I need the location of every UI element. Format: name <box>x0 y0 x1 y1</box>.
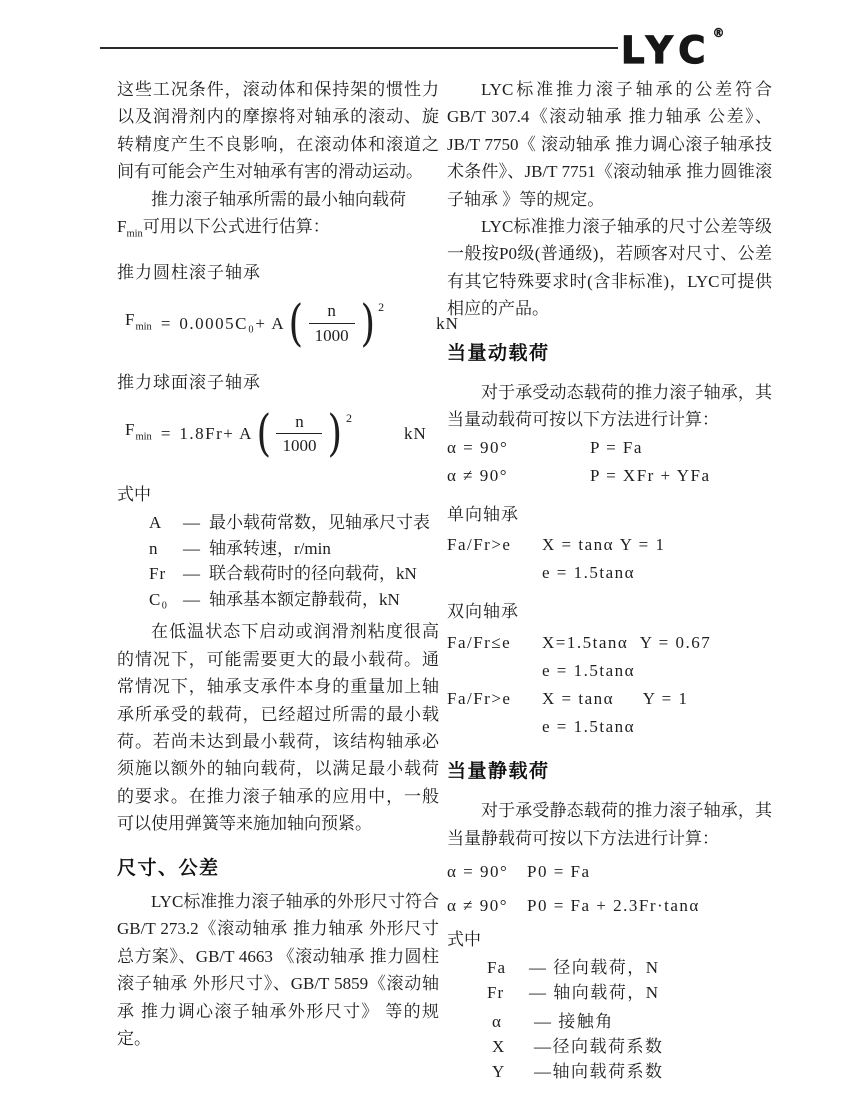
def-text: — 径向载荷，N <box>529 955 772 980</box>
e-value-line: e = 1.5tanα <box>542 713 772 741</box>
factors-line: X=1.5tanα Y = 0.67 <box>542 629 711 657</box>
min-load-intro-line2: Fmin可用以下公式进行估算： <box>117 213 439 248</box>
formula1-body: 0.0005C₀+ A <box>179 310 285 337</box>
where-label: 式中 <box>117 481 439 508</box>
e-value-line: e = 1.5tanα <box>542 657 772 685</box>
header-rule <box>100 47 618 49</box>
def-text: 最小载荷常数，见轴承尺寸表 <box>209 510 439 536</box>
right-column: LYC标准推力滚子轴承的公差符合GB/T 307.4《滚动轴承 推力轴承 公差》… <box>447 76 772 1084</box>
formula-p0-fa-23fr: P0 = Fa + 2.3Fr·tanα <box>527 892 700 920</box>
formula2-equals: = <box>161 420 171 447</box>
factors-line: X = tanα Y = 1 <box>542 531 666 559</box>
symbol-definitions: A — 最小载荷常数，见轴承尺寸表 n — 轴承转速，r/min Fr — 联合… <box>117 510 439 612</box>
def-symbol: α <box>487 1009 534 1034</box>
def-dash: — <box>183 587 209 613</box>
single-direction-row: Fa/Fr>e X = tanα Y = 1 <box>447 531 772 559</box>
factors-line: X = tanα Y = 1 <box>542 685 689 713</box>
symbol-definitions: Fa — 径向载荷，N Fr — 轴向载荷，N α — 接触角 X —径向载荷系… <box>447 955 772 1084</box>
def-text: 轴承转速，r/min <box>209 536 439 562</box>
condition-alpha-not-90: α ≠ 90° <box>447 462 590 490</box>
def-symbol: X <box>487 1034 534 1059</box>
formula-p0-fa: P0 = Fa <box>527 858 591 886</box>
def-row-A: A — 最小载荷常数，见轴承尺寸表 <box>149 510 439 536</box>
document-page: LYC® 这些工况条件，滚动体和保持架的惯性力以及润滑剂内的摩擦将对轴承的滚动、… <box>0 0 850 1100</box>
def-text: — 轴向载荷，N <box>529 980 772 1005</box>
def-text: — 接触角 <box>534 1009 772 1034</box>
formula2-lhs: Fmin <box>125 416 152 451</box>
label-single-direction-bearing: 单向轴承 <box>447 501 772 528</box>
right-paren: ) <box>328 411 343 456</box>
def-symbol: Fa <box>487 955 529 980</box>
paragraph-min-axial-load: 推力滚子轴承所需的最小轴向载荷 Fmin可用以下公式进行估算： <box>117 186 439 248</box>
fmin-subscript: min <box>126 228 142 239</box>
right-paren: ) <box>360 301 375 346</box>
condition-fafr-gt-e: Fa/Fr>e <box>447 531 542 559</box>
fraction-denominator: 1000 <box>309 323 355 346</box>
def-row-X: X —径向载荷系数 <box>487 1034 772 1059</box>
condition-alpha-90: α = 90° <box>447 434 590 462</box>
label-spherical-thrust-bearing: 推力球面滚子轴承 <box>117 369 439 396</box>
left-paren: ( <box>256 411 271 456</box>
label-double-direction-bearing: 双向轴承 <box>447 598 772 625</box>
def-row-Fa: Fa — 径向载荷，N <box>487 955 772 980</box>
formula2-fraction: n 1000 <box>276 411 322 457</box>
fmin-rest-text: 可用以下公式进行估算： <box>143 217 330 236</box>
heading-dimensions-tolerances: 尺寸、公差 <box>117 855 439 882</box>
heading-equivalent-static-load: 当量静载荷 <box>447 758 772 785</box>
formula2-unit: kN <box>404 420 427 447</box>
def-row-Fr: Fr — 联合载荷时的径向载荷，kN <box>149 561 439 587</box>
def-row-Y: Y —轴向载荷系数 <box>487 1059 772 1084</box>
def-text: —径向载荷系数 <box>534 1034 772 1059</box>
min-load-intro-line1: 推力滚子轴承所需的最小轴向载荷 <box>117 186 439 213</box>
def-symbol: Fr <box>487 980 529 1005</box>
heading-equivalent-dynamic-load: 当量动载荷 <box>447 340 772 367</box>
label-cylindrical-thrust-bearing: 推力圆柱滚子轴承 <box>117 259 439 286</box>
left-paren: ( <box>289 301 304 346</box>
formula-p-fa: P = Fa <box>590 434 643 462</box>
paragraph-tolerance-grade: LYC标准推力滚子轴承的尺寸公差等级一般按P0级(普通级)，若顾客对尺寸、公差有… <box>447 213 772 323</box>
paragraph-static-load-intro: 对于承受静态载荷的推力滚子轴承，其当量静载荷可按以下方法进行计算： <box>447 797 772 852</box>
def-symbol: C₀ <box>149 587 183 613</box>
def-text: —轴向载荷系数 <box>534 1059 772 1084</box>
paragraph-dimension-standards: LYC标准推力滚子轴承的外形尺寸符合GB/T 273.2《滚动轴承 推力轴承 外… <box>117 888 439 1052</box>
fraction-numerator: n <box>309 300 355 322</box>
fraction-numerator: n <box>276 411 322 433</box>
def-row-alpha: α — 接触角 <box>487 1009 772 1034</box>
double-direction-row-1: Fa/Fr≤e X=1.5tanα Y = 0.67 <box>447 629 772 657</box>
paragraph-tolerance-standards: LYC标准推力滚子轴承的公差符合GB/T 307.4《滚动轴承 推力轴承 公差》… <box>447 76 772 213</box>
condition-fafr-le-e: Fa/Fr≤e <box>447 629 542 657</box>
formula1-equals: = <box>161 310 171 337</box>
def-row-C0: C₀ — 轴承基本额定静载荷，kN <box>149 587 439 613</box>
def-row-Fr: Fr — 轴向载荷，N <box>487 980 772 1005</box>
formula-p-xfr-yfa: P = XFr + YFa <box>590 462 711 490</box>
formula1-exponent: 2 <box>378 294 384 321</box>
static-condition-row-2: α ≠ 90° P0 = Fa + 2.3Fr·tanα <box>447 892 772 920</box>
def-symbol: Y <box>487 1059 534 1084</box>
static-condition-row-1: α = 90° P0 = Fa <box>447 858 772 886</box>
paragraph-working-conditions: 这些工况条件，滚动体和保持架的惯性力以及润滑剂内的摩擦将对轴承的滚动、旋转精度产… <box>117 76 439 186</box>
condition-fafr-gt-e: Fa/Fr>e <box>447 685 542 713</box>
double-direction-row-2: Fa/Fr>e X = tanα Y = 1 <box>447 685 772 713</box>
def-symbol: Fr <box>149 561 183 587</box>
paragraph-low-temperature: 在低温状态下启动或润滑剂粘度很高的情况下，可能需要更大的最小载荷。通常情况下，轴… <box>117 618 439 837</box>
registered-mark: ® <box>712 26 724 40</box>
def-text: 轴承基本额定静载荷，kN <box>209 587 439 613</box>
where-label: 式中 <box>447 926 772 953</box>
formula2-exponent: 2 <box>346 405 352 432</box>
def-dash: — <box>183 510 209 536</box>
e-value-line: e = 1.5tanα <box>542 559 772 587</box>
def-dash: — <box>183 561 209 587</box>
fraction-denominator: 1000 <box>276 433 322 456</box>
condition-alpha-90: α = 90° <box>447 858 527 886</box>
def-symbol: A <box>149 510 183 536</box>
formula1-fraction: n 1000 <box>309 300 355 346</box>
formula2-body: 1.8Fr+ A <box>179 420 253 447</box>
formula1-lhs: Fmin <box>125 306 152 341</box>
lyc-logo: LYC® <box>621 26 724 72</box>
condition-alpha-not-90: α ≠ 90° <box>447 892 527 920</box>
dynamic-condition-row-1: α = 90° P = Fa <box>447 434 772 462</box>
def-text: 联合载荷时的径向载荷，kN <box>209 561 439 587</box>
def-symbol: n <box>149 536 183 562</box>
def-dash: — <box>183 536 209 562</box>
formula-cylindrical-min-load: Fmin = 0.0005C₀+ A ( n 1000 ) 2 kN <box>125 292 439 354</box>
formula-spherical-min-load: Fmin = 1.8Fr+ A ( n 1000 ) 2 kN <box>125 403 439 465</box>
def-row-n: n — 轴承转速，r/min <box>149 536 439 562</box>
dynamic-condition-row-2: α ≠ 90° P = XFr + YFa <box>447 462 772 490</box>
logo-text: LYC <box>621 29 712 72</box>
left-column: 这些工况条件，滚动体和保持架的惯性力以及润滑剂内的摩擦将对轴承的滚动、旋转精度产… <box>117 76 439 1053</box>
paragraph-dynamic-load-intro: 对于承受动态载荷的推力滚子轴承，其当量动载荷可按以下方法进行计算： <box>447 379 772 434</box>
